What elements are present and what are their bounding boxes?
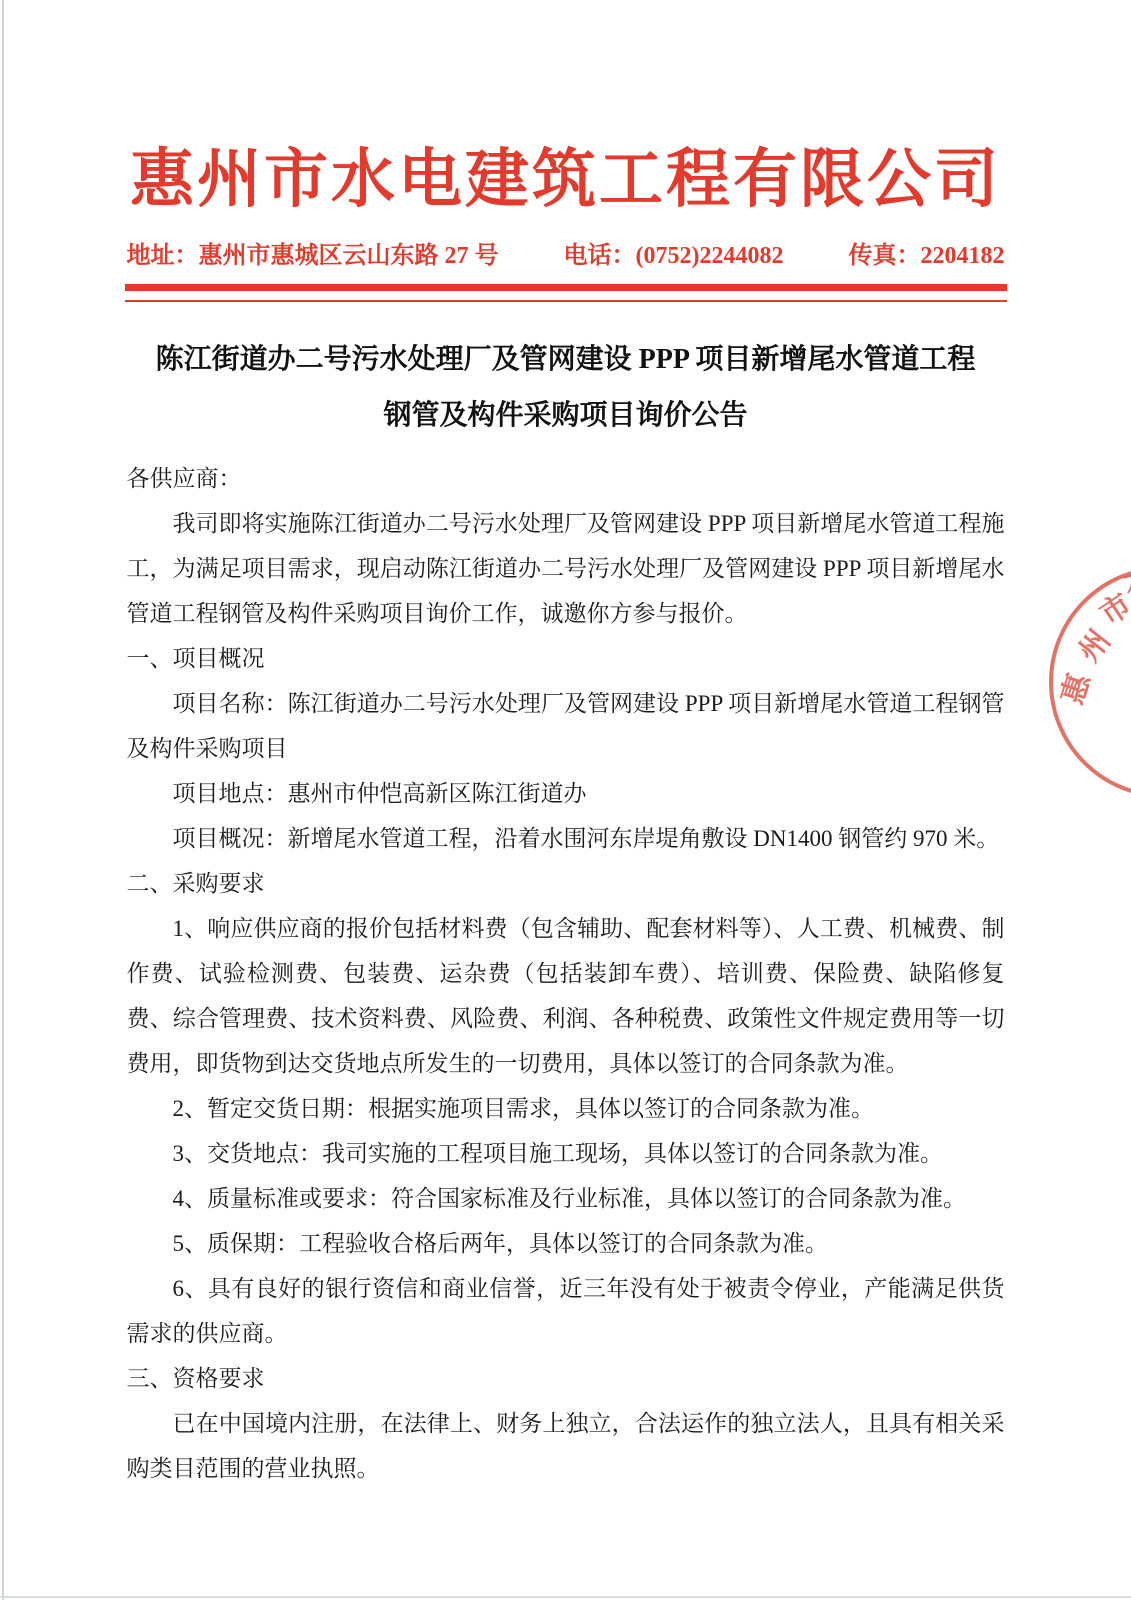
scan-edge-left bbox=[2, 0, 4, 1600]
seal-character: 州 bbox=[1065, 619, 1118, 670]
company-seal: 惠 州 市 水 bbox=[1036, 558, 1131, 806]
letterhead-rule-thin bbox=[125, 300, 1007, 302]
paragraph: 2、暂定交货日期：根据实施项目需求，具体以签订的合同条款为准。 bbox=[127, 1086, 1005, 1131]
paragraph: 已在中国境内注册，在法律上、财务上独立，合法运作的独立法人，且具有相关采购类目范… bbox=[127, 1401, 1005, 1491]
section-heading: 三、资格要求 bbox=[127, 1356, 1005, 1401]
seal-character: 水 bbox=[1118, 558, 1131, 602]
seal-character: 市 bbox=[1089, 580, 1131, 633]
paragraph: 1、响应供应商的报价包括材料费（包含辅助、配套材料等）、人工费、机械费、制作费、… bbox=[127, 906, 1005, 1086]
seal-character: 惠 bbox=[1047, 667, 1098, 709]
section-heading: 一、项目概况 bbox=[127, 636, 1005, 681]
letterhead-contact-row: 地址：惠州市惠城区云山东路 27 号 电话：(0752)2244082 传真：2… bbox=[127, 240, 1005, 272]
paragraph: 各供应商： bbox=[127, 456, 1005, 501]
paragraph: 我司即将实施陈江街道办二号污水处理厂及管网建设 PPP 项目新增尾水管道工程施工… bbox=[127, 501, 1005, 636]
letterhead-rule-thick bbox=[125, 284, 1007, 291]
paragraph: 项目名称：陈江街道办二号污水处理厂及管网建设 PPP 项目新增尾水管道工程钢管及… bbox=[127, 681, 1005, 771]
scan-edge-bottom bbox=[0, 1596, 1131, 1598]
document-title: 陈江街道办二号污水处理厂及管网建设 PPP 项目新增尾水管道工程 钢管及构件采购… bbox=[106, 332, 1026, 444]
section-heading: 二、采购要求 bbox=[127, 861, 1005, 906]
paragraph: 3、交货地点：我司实施的工程项目施工现场，具体以签订的合同条款为准。 bbox=[127, 1131, 1005, 1176]
company-phone: 电话：(0752)2244082 bbox=[564, 240, 784, 272]
company-name: 惠州市水电建筑工程有限公司 bbox=[0, 128, 1131, 232]
company-address: 地址：惠州市惠城区云山东路 27 号 bbox=[127, 240, 499, 272]
paragraph: 项目地点：惠州市仲恺高新区陈江街道办 bbox=[127, 771, 1005, 816]
seal-ring bbox=[1049, 566, 1131, 798]
document-title-line2: 钢管及构件采购项目询价公告 bbox=[106, 388, 1026, 444]
paragraph: 4、质量标准或要求：符合国家标准及行业标准，具体以签订的合同条款为准。 bbox=[127, 1176, 1005, 1221]
document-title-line1: 陈江街道办二号污水处理厂及管网建设 PPP 项目新增尾水管道工程 bbox=[106, 332, 1026, 388]
document-page: 惠州市水电建筑工程有限公司 地址：惠州市惠城区云山东路 27 号 电话：(075… bbox=[0, 0, 1131, 1600]
paragraph: 6、具有良好的银行资信和商业信誉，近三年没有处于被责令停业，产能满足供货需求的供… bbox=[127, 1266, 1005, 1356]
letterhead: 惠州市水电建筑工程有限公司 地址：惠州市惠城区云山东路 27 号 电话：(075… bbox=[0, 0, 1131, 302]
paragraph: 5、质保期：工程验收合格后两年，具体以签订的合同条款为准。 bbox=[127, 1221, 1005, 1266]
company-fax: 传真：2204182 bbox=[848, 240, 1004, 272]
document-body: 各供应商：我司即将实施陈江街道办二号污水处理厂及管网建设 PPP 项目新增尾水管… bbox=[127, 456, 1005, 1491]
paragraph: 项目概况：新增尾水管道工程，沿着水围河东岸堤角敷设 DN1400 钢管约 970… bbox=[127, 816, 1005, 861]
